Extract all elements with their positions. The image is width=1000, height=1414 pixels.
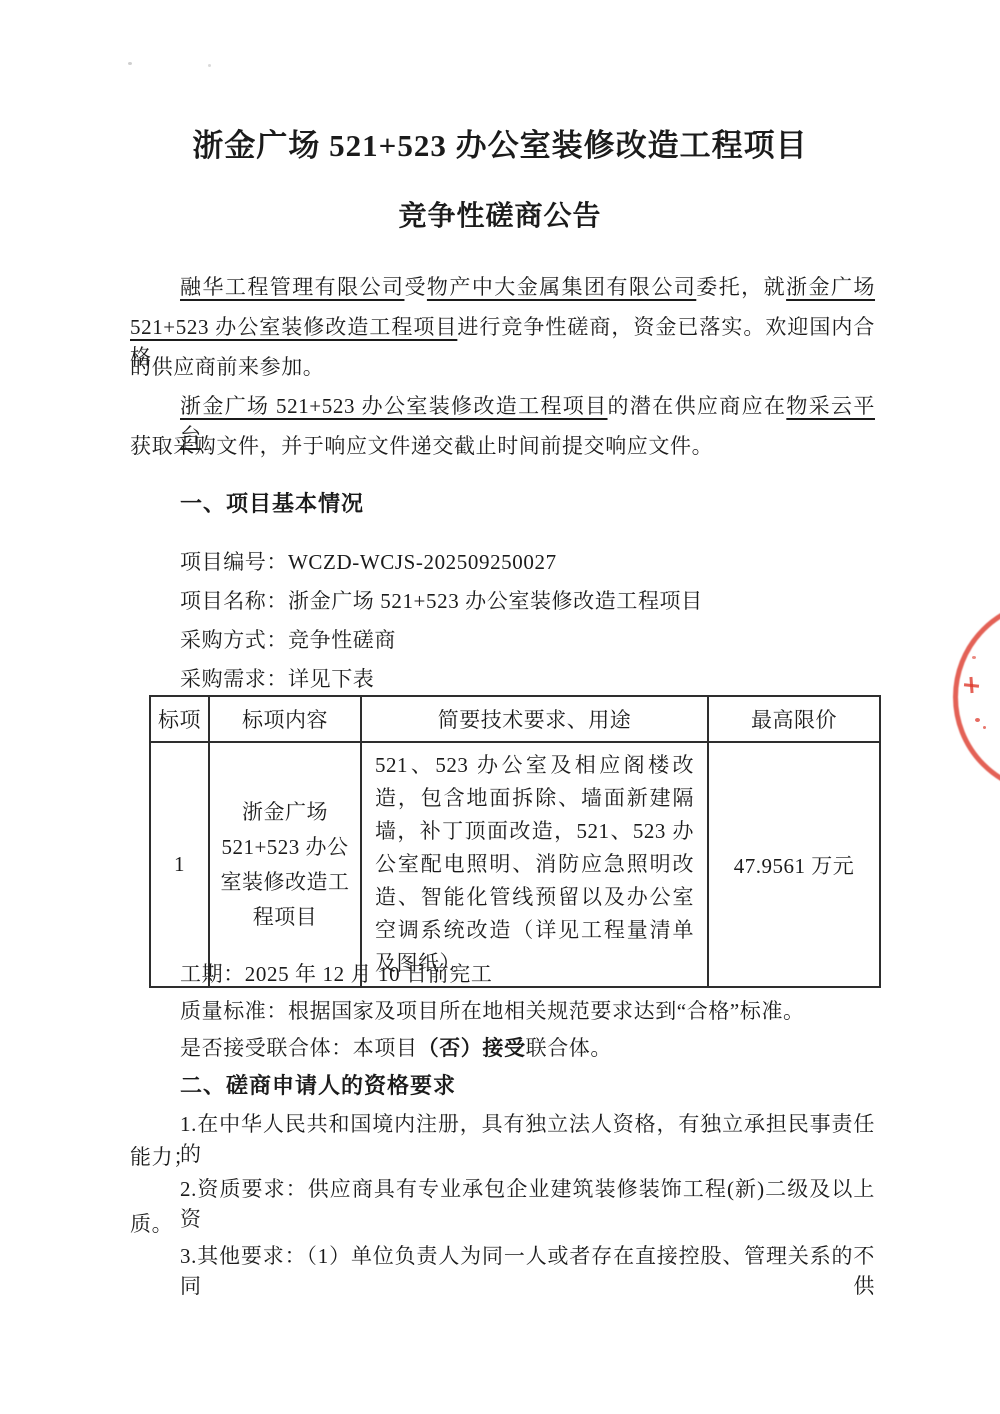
red-seal-dot-icon (972, 656, 976, 659)
red-seal-dot-icon (975, 718, 980, 722)
table-header-row: 标项 标项内容 简要技术要求、用途 最高限价 (150, 696, 880, 742)
scanned-document-page: 浙金广场 521+523 办公室装修改造工程项目 竞争性磋商公告 融华工程管理有… (0, 0, 1000, 1414)
consortium-answer: （否）接受 (418, 1036, 526, 1060)
procurement-lot-table: 标项 标项内容 简要技术要求、用途 最高限价 1 浙金广场 521+523 办公… (149, 695, 881, 988)
duration-line: 工期：2025 年 12 月 10 日前完工 (130, 959, 875, 989)
scan-noise-speck (128, 62, 132, 65)
field-procurement-demand: 采购需求：详见下表 (130, 664, 875, 694)
agency-name: 融华工程管理有限公司 (180, 275, 404, 299)
cell-lot-content: 浙金广场 521+523 办公 室装修改造工 程项目 (209, 742, 361, 987)
field-project-name: 项目名称：浙金广场 521+523 办公室装修改造工程项目 (130, 586, 875, 616)
section1-heading: 一、项目基本情况 (130, 489, 875, 519)
quality-standard-line: 质量标准：根据国家及项目所在地相关规范要求达到“合格”标准。 (130, 996, 875, 1026)
col-header-lot: 标项 (150, 696, 209, 742)
red-seal-arc-icon (953, 599, 1000, 795)
table-row: 1 浙金广场 521+523 办公 室装修改造工 程项目 521、523 办公室… (150, 742, 880, 987)
field-label: 采购需求： (180, 667, 288, 691)
col-header-tech-requirements: 简要技术要求、用途 (361, 696, 708, 742)
project-name-part: 浙金广场 (786, 275, 875, 299)
col-header-lot-content: 标项内容 (209, 696, 361, 742)
cell-lot-number: 1 (150, 742, 209, 987)
field-value: 浙金广场 521+523 办公室装修改造工程项目 (288, 589, 703, 613)
field-label: 采购方式： (180, 628, 288, 652)
qualification-item1-line2: 能力； (130, 1142, 875, 1172)
project-name-part: 521+523 办公室装修改造工程项目 (130, 315, 457, 339)
red-seal-mark-icon (964, 683, 979, 688)
intro-paragraph1-line1: 融华工程管理有限公司受物产中大金属集团有限公司委托，就浙金广场 (130, 272, 875, 302)
cell-max-price: 47.9561 万元 (708, 742, 880, 987)
field-value: 详见下表 (288, 667, 374, 691)
field-label: 项目名称： (180, 589, 288, 613)
intro-paragraph1-line3: 的供应商前来参加。 (130, 352, 875, 382)
field-project-number: 项目编号：WCZD-WCJS-202509250027 (130, 547, 875, 577)
document-subtitle: 竞争性磋商公告 (0, 194, 1000, 234)
field-procurement-method: 采购方式：竞争性磋商 (130, 625, 875, 655)
col-header-max-price: 最高限价 (708, 696, 880, 742)
scan-noise-speck (208, 64, 211, 67)
intro-paragraph2-line2: 获取采购文件，并于响应文件递交截止时间前提交响应文件。 (130, 431, 875, 461)
qualification-item2-line2: 质。 (130, 1209, 875, 1239)
qualification-item3-line1: 3.其他要求：（1）单位负责人为同一人或者存在直接控股、管理关系的不同供 (130, 1241, 875, 1301)
cell-tech-requirements: 521、523 办公室及相应阁楼改造，包含地面拆除、墙面新建隔墙，补丁顶面改造，… (361, 742, 708, 987)
client-name: 物产中大金属集团有限公司 (427, 275, 696, 299)
field-value: WCZD-WCJS-202509250027 (288, 550, 557, 574)
project-name: 浙金广场 521+523 办公室装修改造工程项目 (180, 394, 608, 418)
field-label: 项目编号： (180, 550, 288, 574)
consortium-line: 是否接受联合体：本项目（否）接受联合体。 (130, 1033, 875, 1063)
red-seal-dot-icon (983, 726, 986, 729)
section2-heading: 二、磋商申请人的资格要求 (130, 1071, 875, 1101)
red-seal-mark-icon (969, 677, 973, 693)
field-value: 竞争性磋商 (288, 628, 396, 652)
document-title: 浙金广场 521+523 办公室装修改造工程项目 (0, 120, 1000, 165)
